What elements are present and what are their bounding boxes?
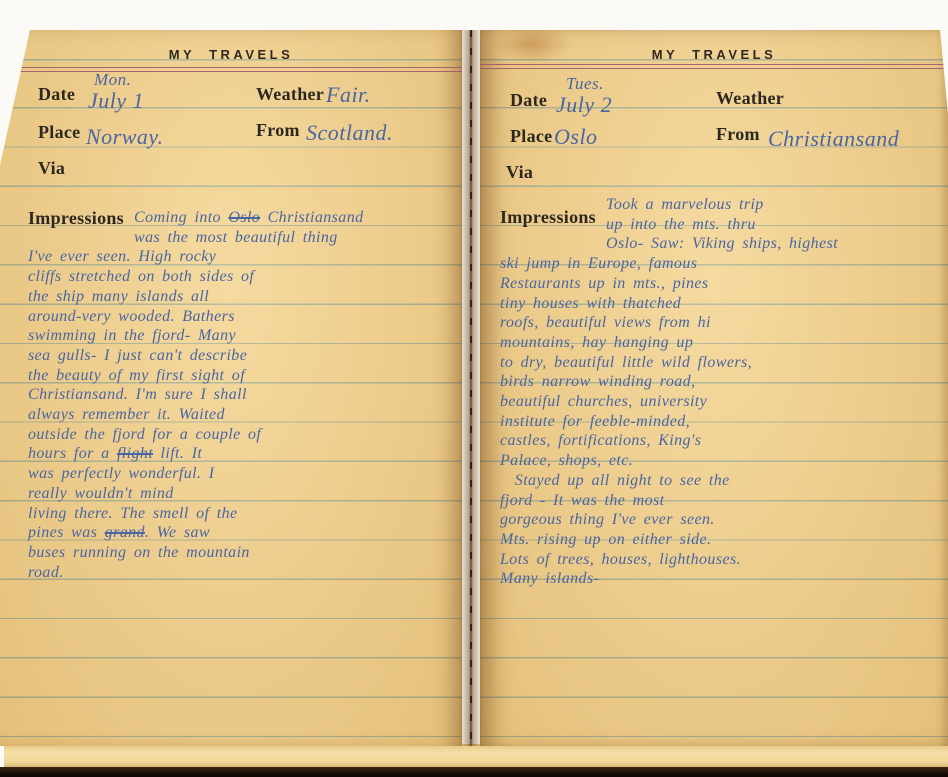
handwriting-line: was the most beautiful thing — [28, 228, 454, 248]
handwriting-line: fjord - It was the most — [500, 491, 946, 511]
impressions-block: Impressions Took a marvelous tripup into… — [500, 195, 946, 589]
header-rule — [480, 64, 948, 69]
handwriting-line: beautiful churches, university — [500, 392, 946, 412]
weather-label: Weather — [716, 88, 784, 109]
handwriting-line: sea gulls- I just can't describe — [28, 346, 454, 366]
date-label: Date — [510, 90, 547, 111]
handwriting-line: gorgeous thing I've ever seen. — [500, 510, 946, 530]
handwriting-line: ski jump in Europe, famous — [500, 254, 946, 274]
date-value: July 2 — [556, 92, 612, 118]
handwriting-line: hours for a flight lift. It — [28, 444, 454, 464]
handwriting-line: cliffs stretched on both sides of — [28, 267, 454, 287]
handwriting-line: the ship many islands all — [28, 287, 454, 307]
handwriting-line: mountains, hay hanging up — [500, 333, 946, 353]
handwriting-line: Restaurants up in mts., pines — [500, 274, 946, 294]
date-value: July 1 — [88, 88, 144, 114]
page-title: MY TRAVELS — [480, 47, 948, 62]
impressions-block: Impressions Coming into Oslo Christiansa… — [28, 208, 454, 582]
handwriting-line: the beauty of my first sight of — [28, 366, 454, 386]
via-label: Via — [38, 158, 65, 179]
handwriting-line: birds narrow winding road, — [500, 372, 946, 392]
handwriting-line: outside the fjord for a couple of — [28, 425, 454, 445]
handwriting-line: buses running on the mountain — [28, 543, 454, 563]
handwriting-line: Many islands- — [500, 569, 946, 589]
struck-word: Oslo — [228, 209, 260, 226]
date-day-value: Tues. — [566, 74, 604, 94]
from-label: From — [256, 120, 300, 141]
impressions-label: Impressions — [500, 195, 596, 249]
handwriting-line: really wouldn't mind — [28, 484, 454, 504]
handwriting-line: Christiansand. I'm sure I shall — [28, 385, 454, 405]
handwriting-line: road. — [28, 563, 454, 583]
weather-value: Fair. — [326, 82, 371, 108]
handwriting-line: Mts. rising up on either side. — [500, 530, 946, 550]
handwriting-line: Lots of trees, houses, lighthouses. — [500, 550, 946, 570]
handwriting-line: swimming in the fjord- Many — [28, 326, 454, 346]
handwriting-line: Palace, shops, etc. — [500, 451, 946, 471]
impressions-text: Coming into Oslo Christiansandwas the mo… — [28, 208, 454, 582]
scanned-journal-spread: MY TRAVELS Date Mon. July 1 Weather Fair… — [0, 0, 948, 777]
from-label: From — [716, 124, 760, 145]
handwriting-line: always remember it. Waited — [28, 405, 454, 425]
impressions-text: Took a marvelous tripup into the mts. th… — [500, 195, 946, 589]
page-title: MY TRAVELS — [0, 47, 462, 62]
date-label: Date — [38, 84, 75, 105]
handwriting-line: living there. The smell of the — [28, 504, 454, 524]
date-day-value: Mon. — [94, 70, 131, 90]
struck-word: grand — [105, 524, 145, 541]
via-label: Via — [506, 162, 533, 183]
handwriting-line: institute for feeble-minded, — [500, 412, 946, 432]
handwriting-line: pines was grand. We saw — [28, 523, 454, 543]
handwriting-line: tiny houses with thatched — [500, 294, 946, 314]
book-bottom-edge — [0, 767, 948, 777]
journal-page-left: MY TRAVELS Date Mon. July 1 Weather Fair… — [0, 30, 462, 746]
from-value: Scotland. — [306, 120, 393, 146]
place-value: Oslo — [554, 124, 598, 150]
handwriting-line: was perfectly wonderful. I — [28, 464, 454, 484]
handwriting-line: I've ever seen. High rocky — [28, 247, 454, 267]
handwriting-line: Stayed up all night to see the — [500, 471, 946, 491]
place-label: Place — [38, 122, 80, 143]
page-stack-edge — [4, 744, 948, 769]
journal-page-right: MY TRAVELS Date Tues. July 2 Weather Pla… — [480, 30, 948, 746]
handwriting-line: roofs, beautiful views from hi — [500, 313, 946, 333]
handwriting-line: to dry, beautiful little wild flowers, — [500, 353, 946, 373]
weather-label: Weather — [256, 84, 324, 105]
header-rule — [0, 67, 462, 72]
handwriting-line: around-very wooded. Bathers — [28, 307, 454, 327]
place-label: Place — [510, 126, 552, 147]
handwriting-line: castles, fortifications, King's — [500, 431, 946, 451]
from-value: Christiansand — [768, 126, 899, 152]
binding-gutter — [459, 30, 483, 746]
place-value: Norway. — [86, 124, 163, 150]
struck-word: flight — [117, 445, 153, 462]
impressions-label: Impressions — [28, 208, 124, 230]
